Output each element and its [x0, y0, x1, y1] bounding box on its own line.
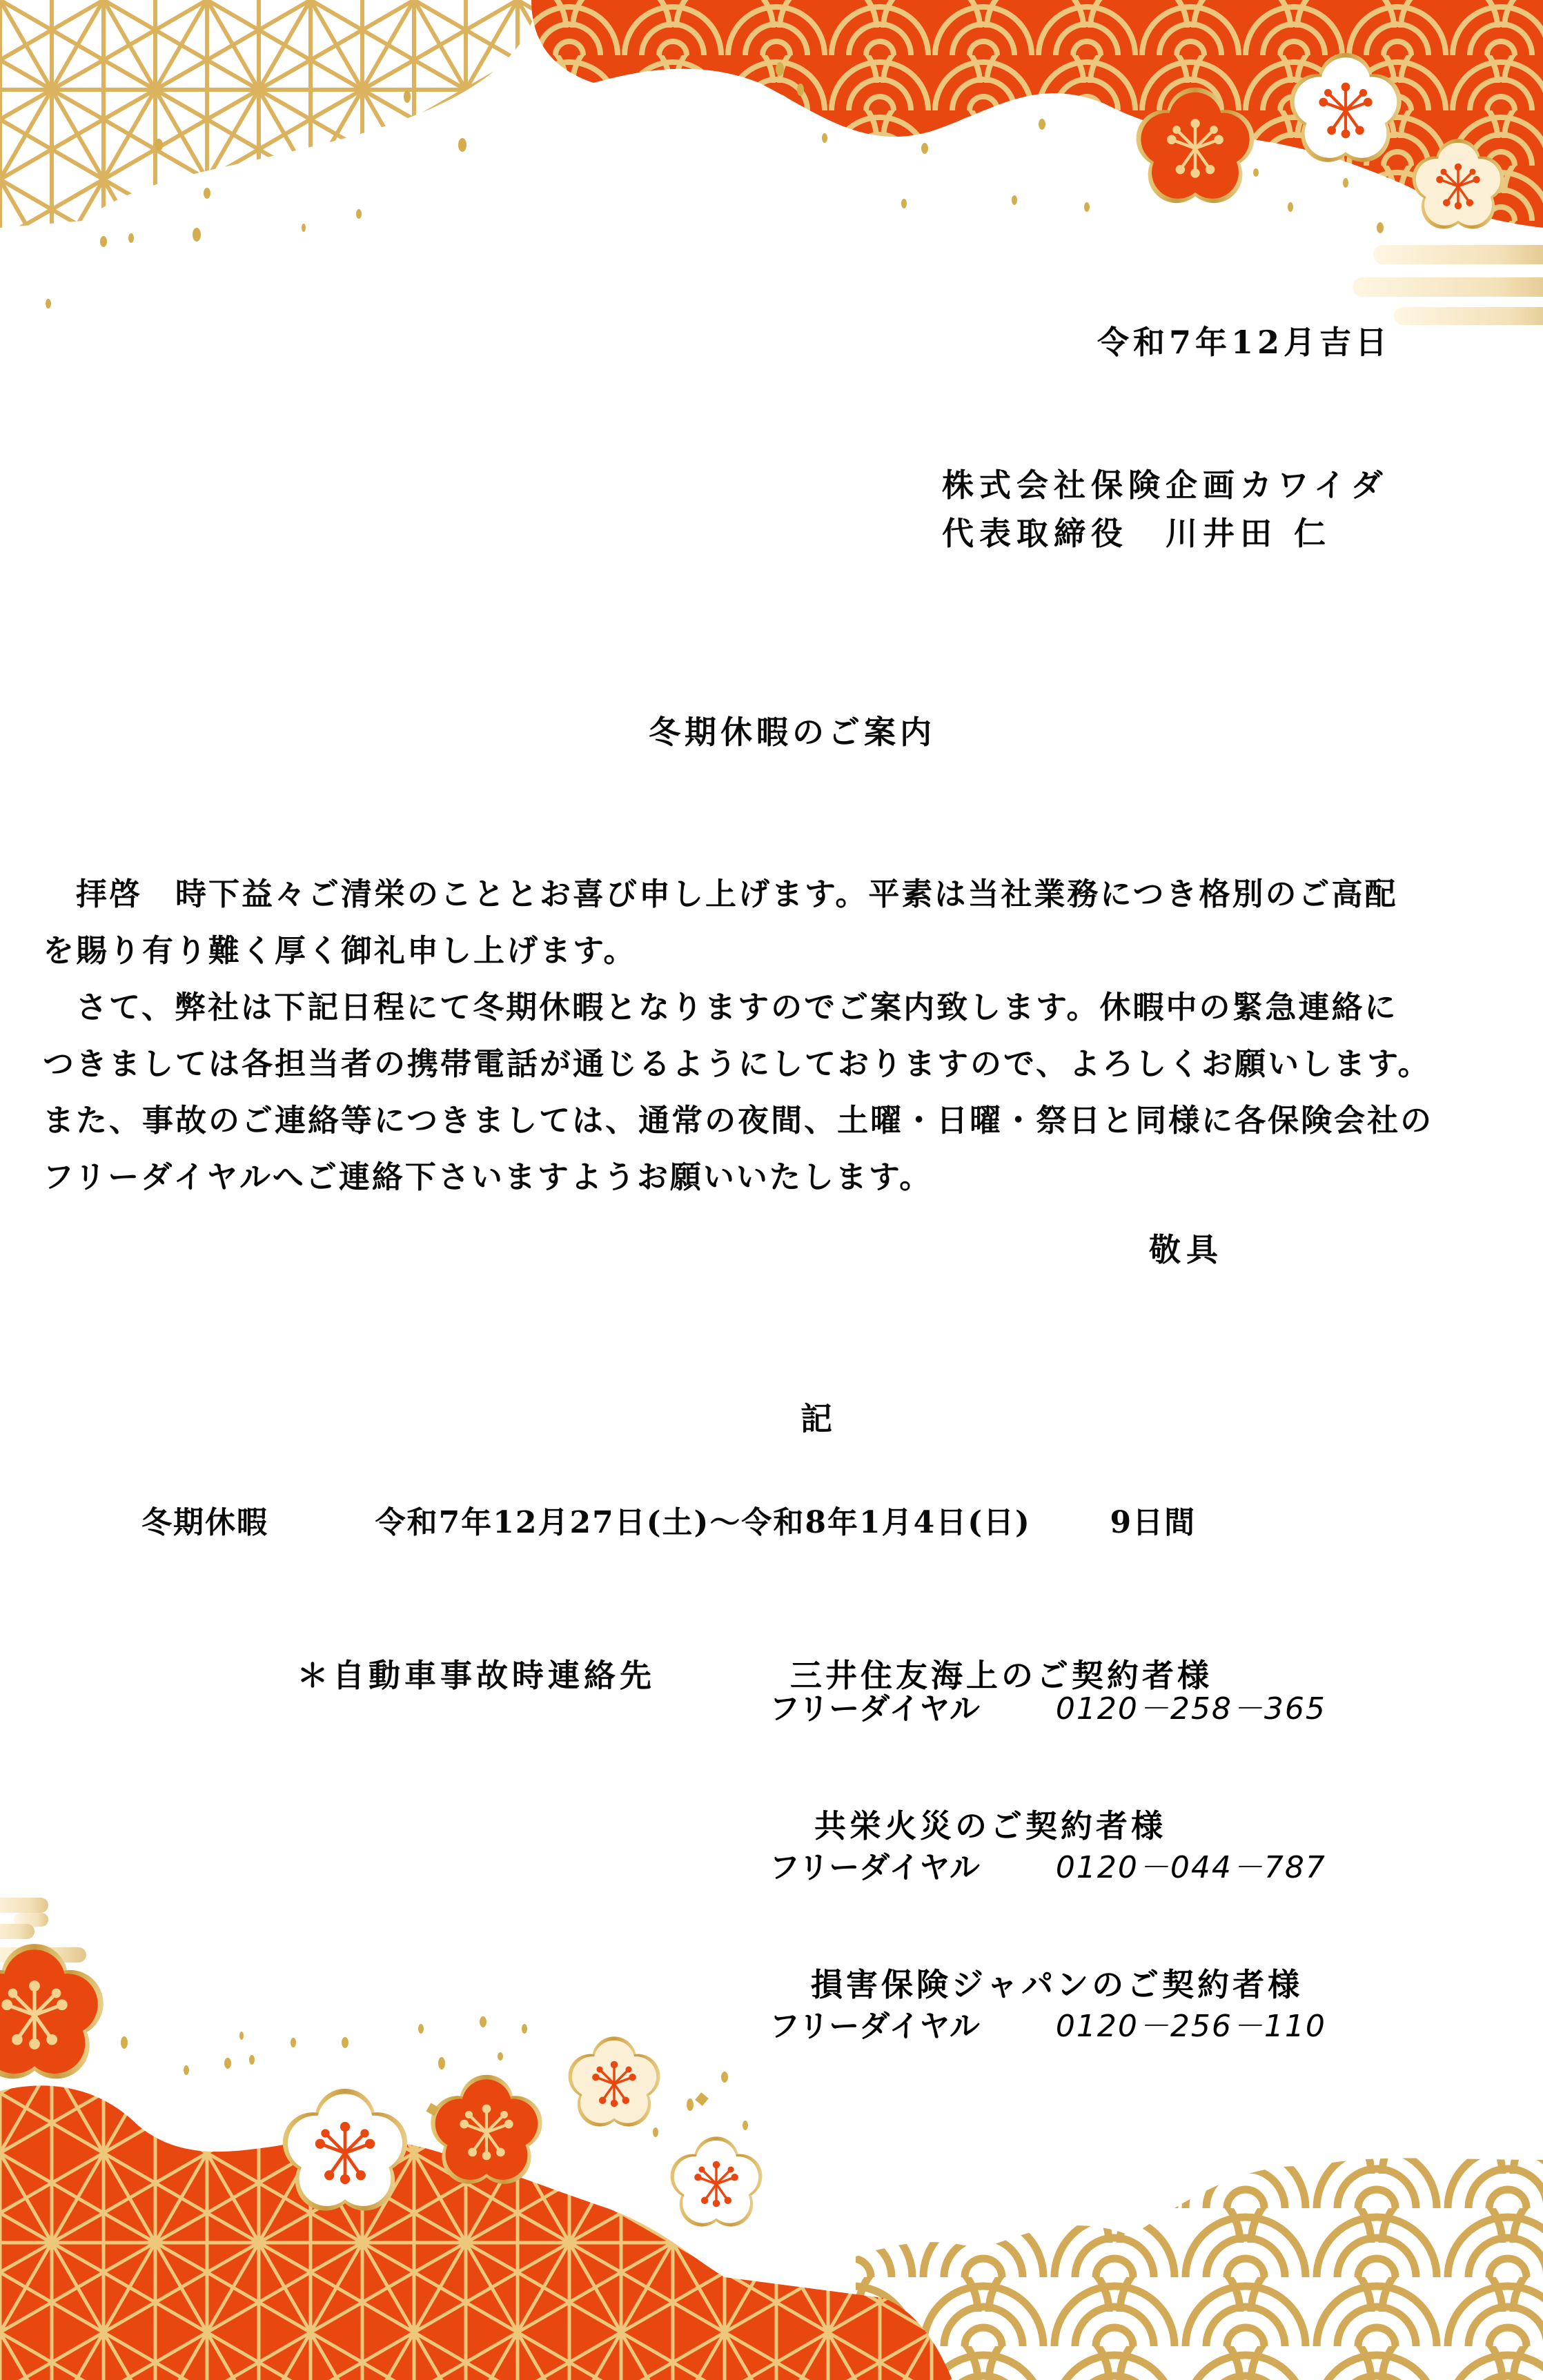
holiday-duration: 9日間	[1110, 1497, 1197, 1542]
plum-blossom-cluster-top	[1137, 53, 1504, 229]
body-line: また、事故のご連絡等につきましては、通常の夜間、土曜・日曜・祭日と同様に各保険会…	[43, 1092, 1492, 1149]
insurer-phone-line: フリーダイヤル0120－044－787	[769, 1842, 1326, 1887]
insurer-phone-line: フリーダイヤル0120－256－110	[769, 2001, 1326, 2045]
letter-title: 冬期休暇のご案内	[649, 707, 936, 753]
freedial-label: フリーダイヤル	[769, 2009, 980, 2044]
freedial-label: フリーダイヤル	[769, 1691, 980, 1727]
insurer-name: 共栄火災のご契約者様	[814, 1801, 1166, 1847]
body-line: フリーダイヤルへご連絡下さいますようお願いいたします。	[43, 1149, 1492, 1206]
sender-company: 株式会社保険企画カワイダ	[942, 461, 1388, 509]
body-line: さて、弊社は下記日程にて冬期休暇となりますのでご案内致します。休暇中の緊急連絡に	[43, 979, 1492, 1036]
letter-body: 拝啓 時下益々ご清栄のこととお喜び申し上げます。平素は当社業務につき格別のご高配…	[43, 866, 1492, 1206]
holiday-label: 冬期休暇	[141, 1497, 268, 1542]
body-line: 拝啓 時下益々ご清栄のこととお喜び申し上げます。平素は当社業務につき格別のご高配	[43, 866, 1492, 923]
plum-blossom-cluster-bottom	[0, 1944, 763, 2227]
seigaiha-wave-bottom-right	[856, 2158, 1543, 2380]
insurer-name: 損害保険ジャパンのご契約者様	[811, 1960, 1303, 2005]
ki-heading: 記	[800, 1394, 832, 1439]
asanoha-pattern-bottom-left	[0, 2085, 952, 2380]
asanoha-pattern-top-left	[0, 0, 538, 228]
phone-number: 0120－256－110	[1056, 2009, 1326, 2044]
seigaiha-wave-top-right	[531, 0, 1543, 228]
insurer-phone-line: フリーダイヤル0120－258－365	[769, 1684, 1326, 1728]
kasumi-cloud-bottom-left	[0, 1898, 95, 2008]
body-line: を賜り有り難く厚く御礼申し上げます。	[43, 923, 1492, 979]
body-line: つきましては各担当者の携帯電話が通じるようにしておりますので、よろしくお願いしま…	[43, 1036, 1492, 1092]
contacts-label: ＊自動車事故時連絡先	[297, 1651, 656, 1696]
freedial-label: フリーダイヤル	[769, 1850, 980, 1885]
holiday-period: 令和7年12月27日(土)～令和8年1月4日(日)	[375, 1497, 1031, 1542]
kasumi-cloud-top-right	[1353, 245, 1543, 325]
closing-keigu: 敬具	[1149, 1225, 1223, 1270]
phone-number: 0120－044－787	[1056, 1850, 1326, 1885]
sender-representative: 代表取締役 川井田 仁	[942, 509, 1388, 558]
holiday-schedule: 冬期休暇 令和7年12月27日(土)～令和8年1月4日(日) 9日間	[141, 1497, 1196, 1542]
phone-number: 0120－258－365	[1056, 1691, 1326, 1727]
sender-block: 株式会社保険企画カワイダ 代表取締役 川井田 仁	[942, 461, 1388, 558]
letter-date: 令和7年12月吉日	[1097, 317, 1391, 363]
